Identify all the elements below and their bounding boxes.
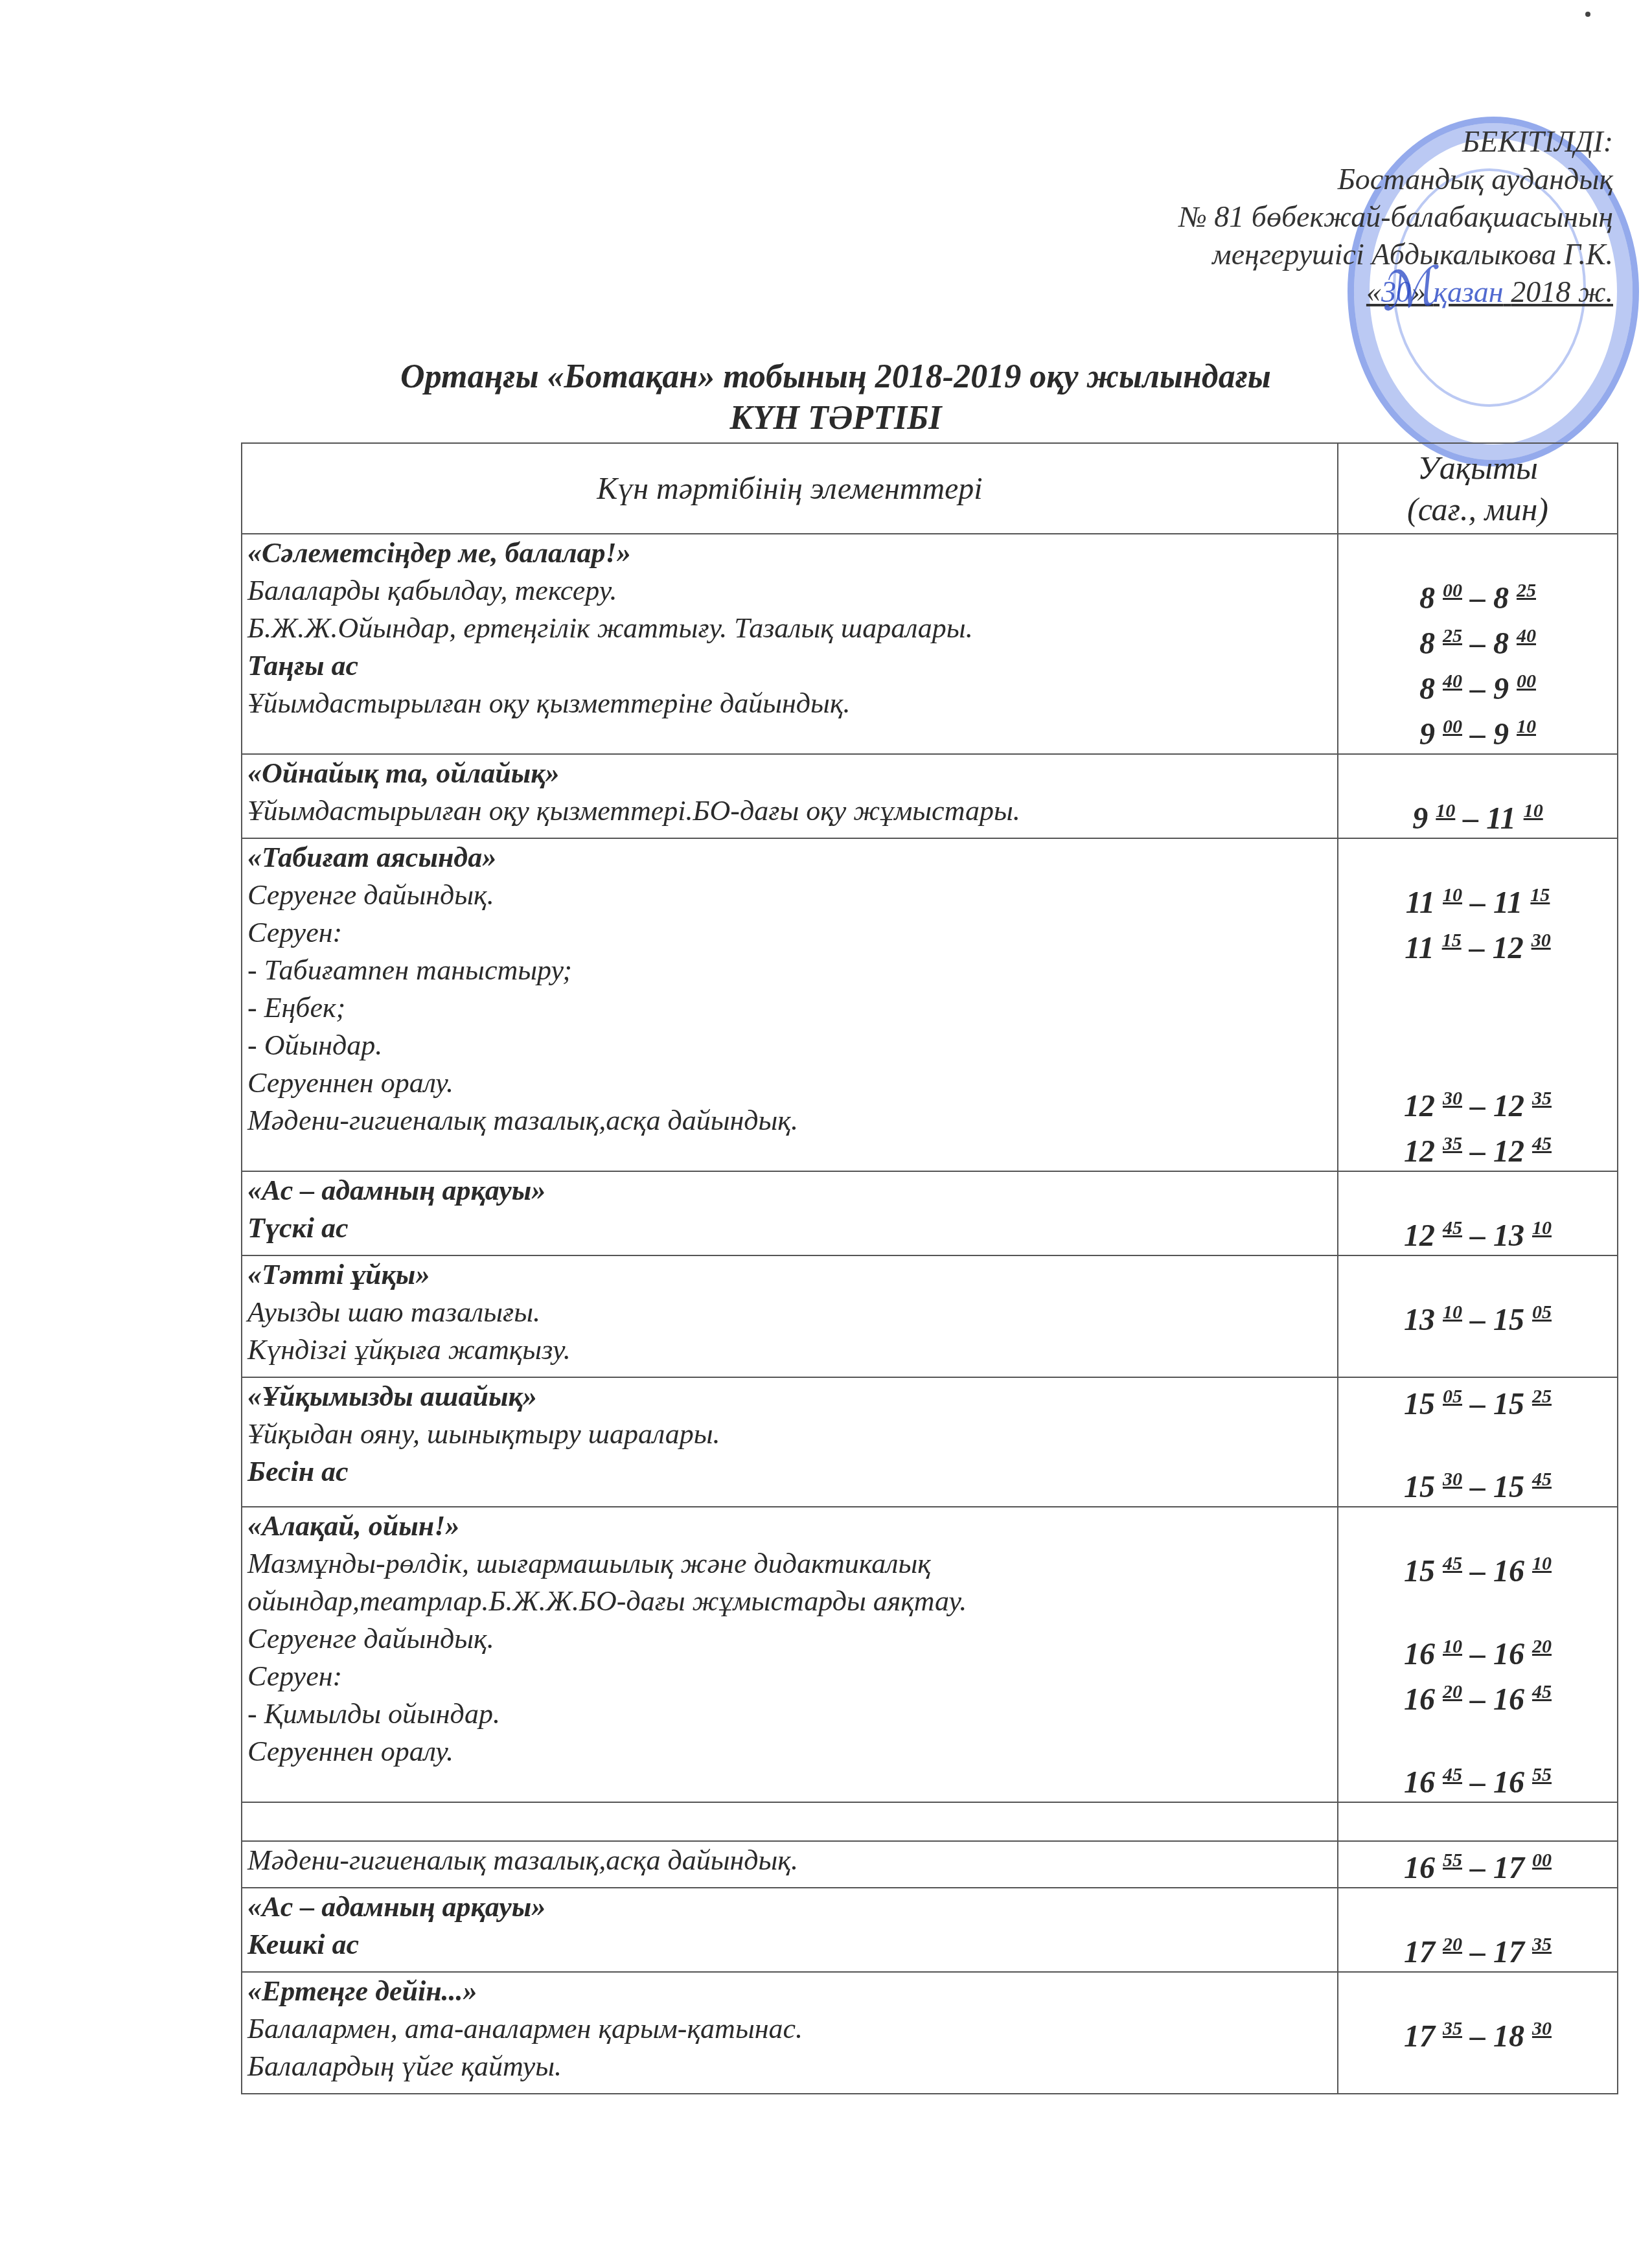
time-range: 8 25 – 8 40: [1344, 617, 1612, 663]
time-range: 9 10 – 11 10: [1344, 792, 1612, 838]
activity-item: ойындар,театрлар.Б.Ж.Ж.БО-дағы жұмыстард…: [247, 1583, 1332, 1620]
schedule-time-cell: [1338, 1802, 1618, 1841]
table-row: «Табиғат аясында»Серуенге дайындық.Серуе…: [242, 838, 1618, 1171]
approval-line-district: Бостандық аудандық: [1178, 161, 1613, 198]
activity-heading: Бесін ас: [247, 1453, 1332, 1491]
schedule-time-cell: 13 10 – 15 05: [1338, 1255, 1618, 1377]
activity-item: [247, 1803, 1332, 1840]
schedule-time-cell: 11 10 – 11 1511 15 – 12 30 12 30 – 12 35…: [1338, 838, 1618, 1171]
schedule-time-cell: 16 55 – 17 00: [1338, 1841, 1618, 1888]
time-range: 16 45 – 16 55: [1344, 1756, 1612, 1802]
table-row: «Тәтті ұйқы»Ауызды шаю тазалығы.Күндізгі…: [242, 1255, 1618, 1377]
schedule-elements-cell: «Ас – адамның арқауы»Түскі ас: [242, 1171, 1338, 1255]
activity-item: - Ойындар.: [247, 1027, 1332, 1064]
time-range: 8 40 – 9 00: [1344, 663, 1612, 708]
activity-item: - Табиғатпен таныстыру;: [247, 952, 1332, 989]
time-range: [1344, 2056, 1612, 2093]
time-range: 15 30 – 15 45: [1344, 1461, 1612, 1506]
time-range: 16 20 – 16 45: [1344, 1673, 1612, 1719]
activity-item: Серуен:: [247, 1658, 1332, 1695]
scan-speck: [1585, 12, 1590, 17]
schedule-elements-cell: [242, 1802, 1338, 1841]
activity-item: Мәдени-гигиеналық тазалық,асқа дайындық.: [247, 1102, 1332, 1140]
activity-heading: «Сәлеметсіңдер ме, балалар!»: [247, 534, 1332, 572]
activity-item: Ұйқыдан ояну, шынықтыру шаралары.: [247, 1415, 1332, 1453]
schedule-elements-cell: «Тәтті ұйқы»Ауызды шаю тазалығы.Күндізгі…: [242, 1255, 1338, 1377]
document-title: Ортаңғы «Ботақан» тобының 2018-2019 оқу …: [246, 356, 1425, 439]
table-row: «Ас – адамның арқауы»Түскі ас 12 45 – 13…: [242, 1171, 1618, 1255]
time-range: [1344, 967, 1612, 1005]
time-range: [1344, 534, 1612, 572]
table-row: «Сәлеметсіңдер ме, балалар!»Балаларды қа…: [242, 534, 1618, 754]
activity-item: - Еңбек;: [247, 989, 1332, 1027]
approval-line-kindergarten: № 81 бөбекжай-балабақшасының: [1178, 198, 1613, 236]
activity-item: Серуеннен оралу.: [247, 1733, 1332, 1770]
activity-item: Балалармен, ата-аналармен қарым-қатынас.: [247, 2010, 1332, 2048]
activity-item: Серуенге дайындық.: [247, 876, 1332, 914]
approval-heading: БЕКІТІЛДІ:: [1178, 123, 1613, 161]
time-range: 15 05 – 15 25: [1344, 1378, 1612, 1423]
time-range: [1344, 1339, 1612, 1377]
time-range: [1344, 1507, 1612, 1545]
time-range: [1344, 1590, 1612, 1628]
table-row: «Алақай, ойын!»Мазмұнды-рөлдік, шығармаш…: [242, 1507, 1618, 1802]
time-range: 8 00 – 8 25: [1344, 572, 1612, 617]
time-range: 16 10 – 16 20: [1344, 1628, 1612, 1673]
activity-item: Ұйымдастырылған оқу қызметтеріне дайынды…: [247, 685, 1332, 722]
activity-item: Мәдени-гигиеналық тазалық,асқа дайындық.: [247, 1842, 1332, 1879]
table-header-row: Күн тәртібінің элементтері Уақыты (сағ.,…: [242, 443, 1618, 534]
time-range: 13 10 – 15 05: [1344, 1294, 1612, 1339]
activity-heading: «Ойнайық та, ойлайық»: [247, 755, 1332, 792]
table-row: «Ойнайық та, ойлайық»Ұйымдастырылған оқу…: [242, 754, 1618, 838]
activity-heading: Кешкі ас: [247, 1926, 1332, 1964]
activity-heading: «Ас – адамның арқауы»: [247, 1888, 1332, 1926]
activity-item: Б.Ж.Ж.Ойындар, ертеңгілік жаттығу. Тазал…: [247, 610, 1332, 647]
time-range: 11 10 – 11 15: [1344, 876, 1612, 922]
time-range: [1344, 1973, 1612, 2010]
schedule-elements-cell: «Ұйқымызды ашайық»Ұйқыдан ояну, шынықтыр…: [242, 1377, 1338, 1507]
schedule-time-cell: 17 35 – 18 30: [1338, 1972, 1618, 2094]
activity-item: Балаларды қабылдау, тексеру.: [247, 572, 1332, 610]
activity-item: Балалардың үйге қайтуы.: [247, 2048, 1332, 2085]
schedule-elements-cell: «Сәлеметсіңдер ме, балалар!»Балаларды қа…: [242, 534, 1338, 754]
activity-item: Күндізгі ұйқыға жатқызу.: [247, 1331, 1332, 1369]
time-range: [1344, 1005, 1612, 1042]
time-range: [1344, 755, 1612, 792]
time-range: [1344, 1423, 1612, 1461]
activity-heading: Таңғы ас: [247, 647, 1332, 685]
time-range: [1344, 1042, 1612, 1080]
document-page: БЕКІТІЛДІ: Бостандық аудандық № 81 бөбек…: [0, 0, 1652, 2268]
activity-heading: «Ас – адамның арқауы»: [247, 1172, 1332, 1209]
activity-item: Ұйымдастырылған оқу қызметтері.БО-дағы о…: [247, 792, 1332, 830]
activity-heading: «Ұйқымызды ашайық»: [247, 1378, 1332, 1415]
activity-item: Серуенге дайындық.: [247, 1620, 1332, 1658]
activity-heading: «Ертеңге дейін...»: [247, 1973, 1332, 2010]
header-elements: Күн тәртібінің элементтері: [242, 443, 1338, 534]
time-range: [1344, 1172, 1612, 1209]
time-range: [1344, 1888, 1612, 1926]
activity-item: Серуеннен оралу.: [247, 1064, 1332, 1102]
activity-item: Ауызды шаю тазалығы.: [247, 1294, 1332, 1331]
schedule-time-cell: 15 45 – 16 10 16 10 – 16 2016 20 – 16 45…: [1338, 1507, 1618, 1802]
handwritten-month: қазан: [1433, 275, 1503, 308]
activity-item: Серуен:: [247, 914, 1332, 952]
schedule-time-cell: 12 45 – 13 10: [1338, 1171, 1618, 1255]
header-time: Уақыты (сағ., мин): [1338, 443, 1618, 534]
schedule-elements-cell: «Ас – адамның арқауы»Кешкі ас: [242, 1888, 1338, 1972]
daily-schedule-table: Күн тәртібінің элементтері Уақыты (сағ.,…: [241, 442, 1618, 2094]
time-range: 16 55 – 17 00: [1344, 1842, 1612, 1887]
time-range: 17 35 – 18 30: [1344, 2010, 1612, 2056]
activity-item: Мазмұнды-рөлдік, шығармашылық және дидак…: [247, 1545, 1332, 1583]
schedule-time-cell: 15 05 – 15 25 15 30 – 15 45: [1338, 1377, 1618, 1507]
time-range: 12 35 – 12 45: [1344, 1125, 1612, 1171]
activity-heading: «Алақай, ойын!»: [247, 1507, 1332, 1545]
time-range: [1344, 1256, 1612, 1294]
time-range: [1344, 1719, 1612, 1756]
schedule-elements-cell: «Алақай, ойын!»Мазмұнды-рөлдік, шығармаш…: [242, 1507, 1338, 1802]
table-row: «Ас – адамның арқауы»Кешкі ас 17 20 – 17…: [242, 1888, 1618, 1972]
schedule-elements-cell: «Табиғат аясында»Серуенге дайындық.Серуе…: [242, 838, 1338, 1171]
director-signature: ℳ: [1376, 256, 1440, 324]
time-range: 12 30 – 12 35: [1344, 1080, 1612, 1125]
schedule-time-cell: 9 10 – 11 10: [1338, 754, 1618, 838]
table-row: [242, 1802, 1618, 1841]
approval-year: 2018 ж.: [1511, 275, 1613, 308]
table-row: «Ұйқымызды ашайық»Ұйқыдан ояну, шынықтыр…: [242, 1377, 1618, 1507]
schedule-time-cell: 17 20 – 17 35: [1338, 1888, 1618, 1972]
table-row: Мәдени-гигиеналық тазалық,асқа дайындық.…: [242, 1841, 1618, 1888]
time-range: 17 20 – 17 35: [1344, 1926, 1612, 1971]
schedule-elements-cell: «Ойнайық та, ойлайық»Ұйымдастырылған оқу…: [242, 754, 1338, 838]
title-line-schedule: КҮН ТӘРТІБІ: [246, 398, 1425, 439]
time-range: 11 15 – 12 30: [1344, 922, 1612, 967]
schedule-elements-cell: Мәдени-гигиеналық тазалық,асқа дайындық.: [242, 1841, 1338, 1888]
table-row: «Ертеңге дейін...»Балалармен, ата-аналар…: [242, 1972, 1618, 2094]
activity-heading: «Табиғат аясында»: [247, 839, 1332, 876]
title-line-group: Ортаңғы «Ботақан» тобының 2018-2019 оқу …: [246, 356, 1425, 398]
schedule-body: «Сәлеметсіңдер ме, балалар!»Балаларды қа…: [242, 534, 1618, 2094]
time-range: [1344, 839, 1612, 876]
schedule-elements-cell: «Ертеңге дейін...»Балалармен, ата-аналар…: [242, 1972, 1338, 2094]
activity-heading: Түскі ас: [247, 1209, 1332, 1247]
schedule-time-cell: 8 00 – 8 258 25 – 8 408 40 – 9 009 00 – …: [1338, 534, 1618, 754]
activity-heading: «Тәтті ұйқы»: [247, 1256, 1332, 1294]
time-range: [1344, 1803, 1612, 1840]
time-range: 15 45 – 16 10: [1344, 1545, 1612, 1590]
time-range: 9 00 – 9 10: [1344, 708, 1612, 753]
activity-item: - Қимылды ойындар.: [247, 1695, 1332, 1733]
time-range: 12 45 – 13 10: [1344, 1209, 1612, 1255]
